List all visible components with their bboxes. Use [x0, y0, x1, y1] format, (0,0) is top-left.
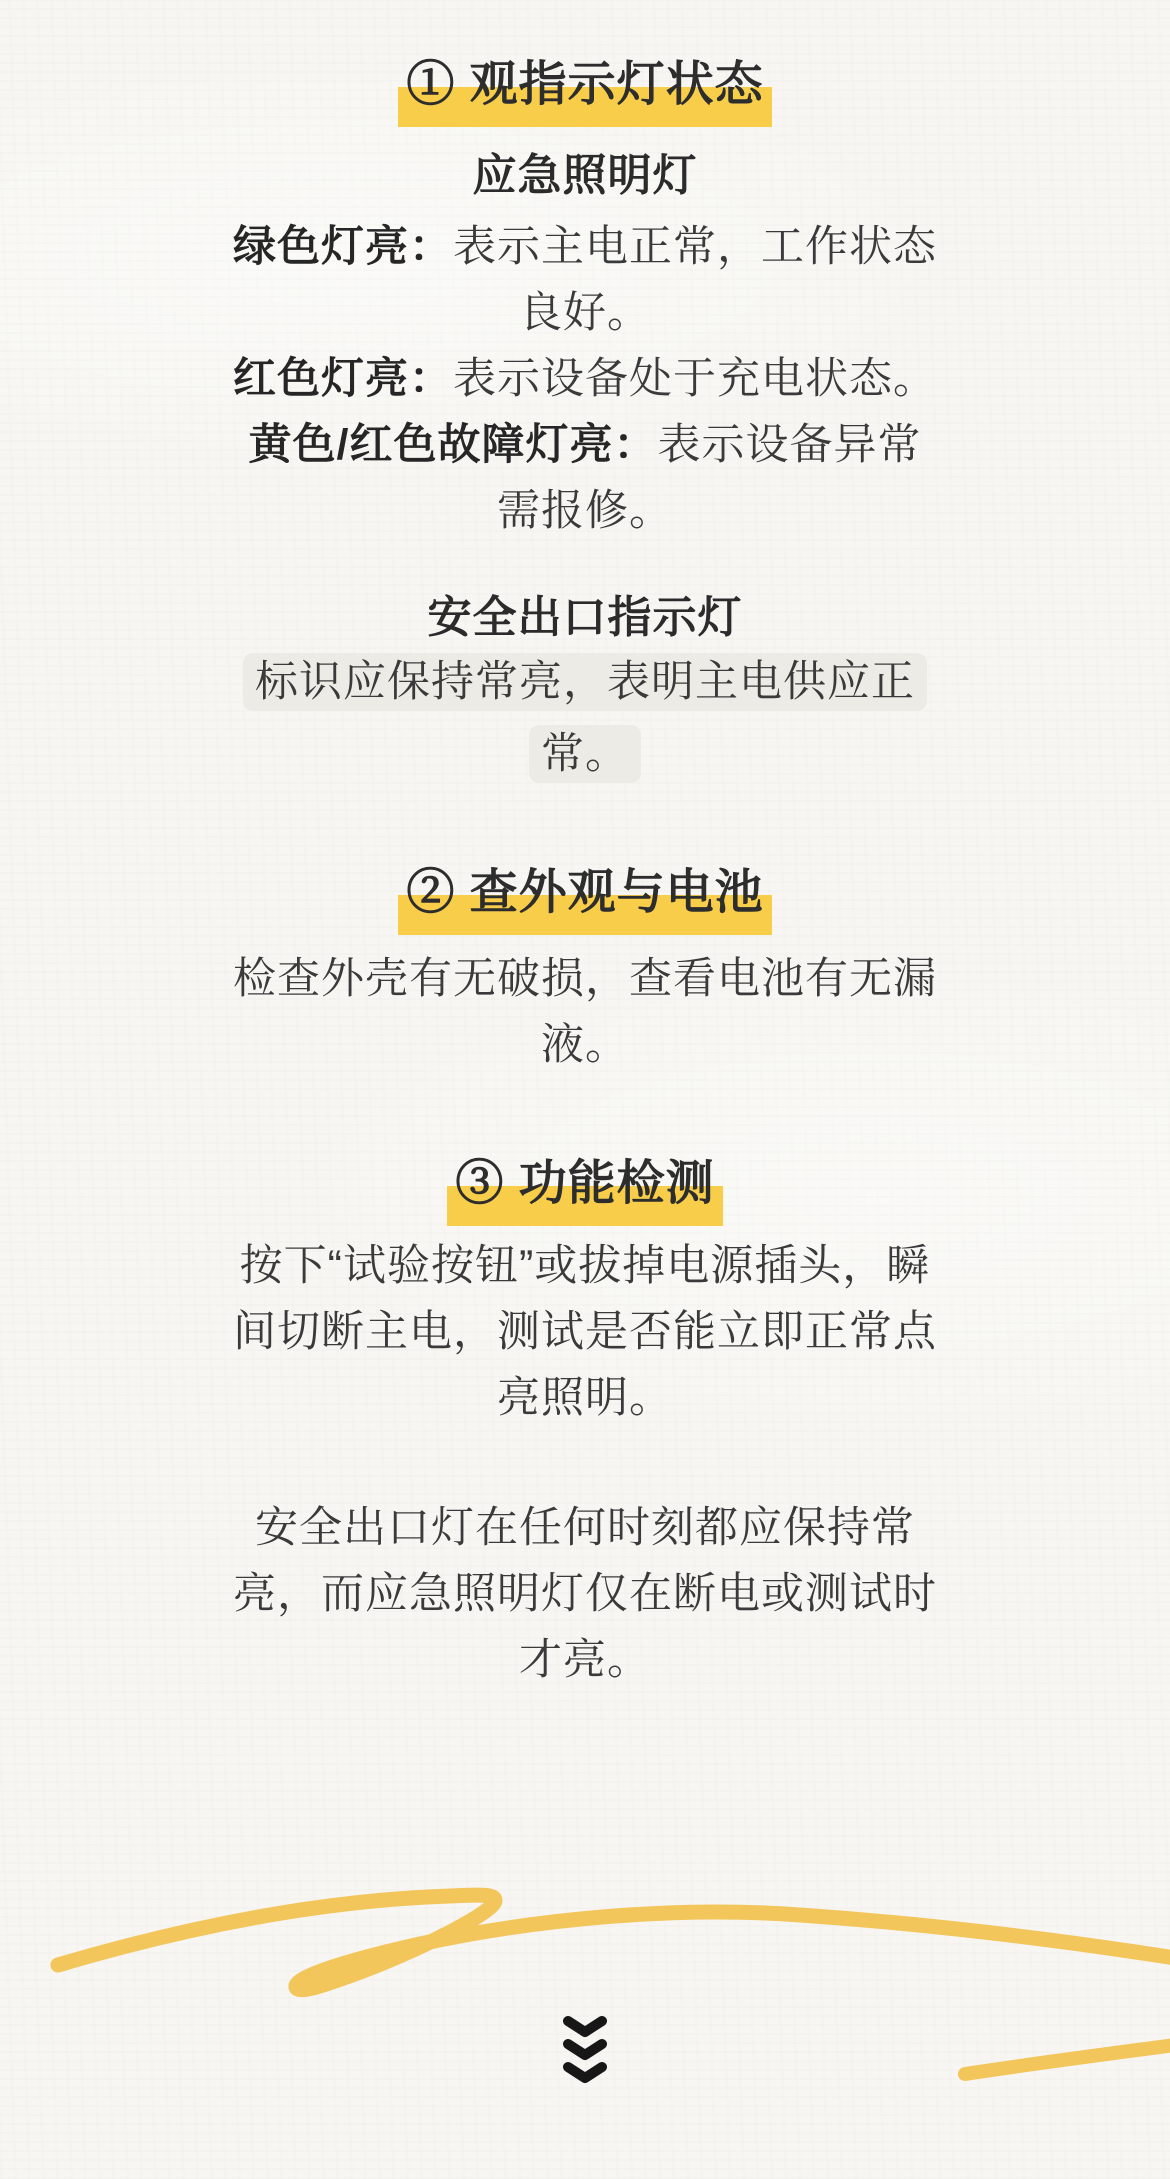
indicator-item-fault: 黄色/红色故障灯亮：表示设备异常 需报修。	[150, 412, 1020, 544]
exit-sign-note-highlight: 标识应保持常亮，表明主电供应正 常。	[243, 653, 927, 783]
section-2: ② 查外观与电池	[150, 864, 1020, 922]
indicator-item-green: 绿色灯亮：表示主电正常，工作状态 良好。	[150, 214, 1020, 346]
section-3-heading: ③ 功能检测	[455, 1155, 714, 1213]
poster-page: ① 观指示灯状态 应急照明灯 绿色灯亮：表示主电正常，工作状态 良好。 红色灯亮…	[0, 0, 1170, 2179]
section-1-heading: ① 观指示灯状态	[406, 56, 763, 114]
exit-sign-note: 标识应保持常亮，表明主电供应正 常。	[150, 646, 1020, 790]
indicator-label-fault: 黄色/红色故障灯亮：	[249, 421, 658, 469]
indicator-text-red: 表示设备处于充电状态。	[453, 355, 937, 403]
poster-content: ① 观指示灯状态 应急照明灯 绿色灯亮：表示主电正常，工作状态 良好。 红色灯亮…	[0, 56, 1170, 1693]
summary-paragraph: 安全出口灯在任何时刻都应保持常 亮，而应急照明灯仅在断电或测试时 才亮。	[150, 1495, 1020, 1693]
section-2-body: 检查外壳有无破损，查看电池有无漏 液。	[150, 946, 1020, 1078]
section-2-heading: ② 查外观与电池	[406, 864, 763, 922]
indicator-text-green: 表示主电正常，工作状态 良好。	[453, 223, 937, 337]
section-1: ① 观指示灯状态	[150, 56, 1020, 114]
section-3: ③ 功能检测	[150, 1155, 1020, 1213]
subheading-emergency-light: 应急照明灯	[150, 148, 1020, 204]
subheading-exit-sign: 安全出口指示灯	[150, 590, 1020, 646]
indicator-list: 绿色灯亮：表示主电正常，工作状态 良好。 红色灯亮：表示设备处于充电状态。 黄色…	[150, 214, 1020, 544]
indicator-label-red: 红色灯亮：	[233, 355, 453, 403]
indicator-item-red: 红色灯亮：表示设备处于充电状态。	[150, 346, 1020, 412]
section-3-body: 按下“试验按钮”或拔掉电源插头，瞬 间切断主电，测试是否能立即正常点 亮照明。	[150, 1233, 1020, 1431]
chevrons-down-icon	[563, 2016, 607, 2086]
indicator-label-green: 绿色灯亮：	[233, 223, 453, 271]
